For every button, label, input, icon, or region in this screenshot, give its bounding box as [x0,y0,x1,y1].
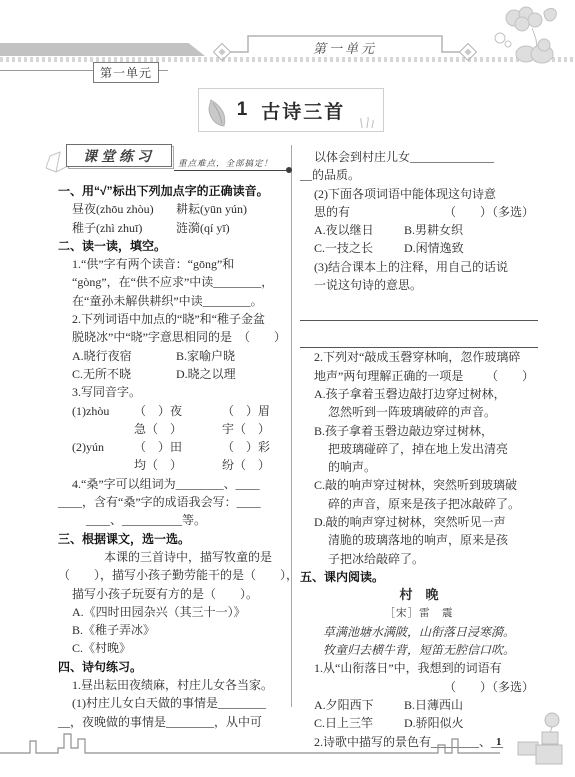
option: A.晓行夜宿 [72,347,176,365]
q3-label: 3.写同音字。 [58,383,290,401]
poem-verse: 草满池塘水满陂，山衔落日浸寒漪。 [300,623,538,641]
q4-line: ____、__________等。 [58,511,290,529]
pinyin-word: 昼夜(zhōu zhòu) [72,200,176,218]
badge-title: 课堂练习 [83,146,155,166]
badge-slogan-rule: 重点难点，全部搞定！ [174,155,290,171]
unit-label: 第一单元 [93,62,159,83]
cell: 急（ ） [134,420,222,438]
pinyin-row: 稚子(zhì zhuī) 涟漪(qí yī) [58,219,290,237]
q4-line: ____，含有“桑”字的成语我会写：____ [58,493,290,511]
rq3-line: (3)结合课本上的注释，用自己的话说 [300,258,538,276]
continuation-line: __的品质。 [300,166,538,184]
rq4-line: 2.下列对“敲成玉磬穿林响，忽作玻璃碎 [300,348,538,366]
section-4-heading: 四、诗句练习。 [58,658,290,676]
q4-line: 4.“桑”字可以组词为________、____ [58,475,290,493]
section-badge: 课堂练习 重点难点，全部搞定！ [58,142,290,182]
option-line: D.敲的响声穿过树林，突然听见一声 [300,513,538,531]
option-line: 的响声。 [300,458,538,476]
option-row: A.夜以继日 B.男耕女织 [300,221,538,239]
lesson-title-box: 1 古诗三首 [198,88,384,132]
pinyin-word: 涟漪(qí yī) [176,219,230,237]
cell: 均（ ） [134,456,222,474]
badge-title-box: 课堂练习 [66,144,172,167]
option-line: 把玻璃碰碎了，掉在地上发出清亮 [300,440,538,458]
option-line: 清脆的玻璃落地的响声，原来是孩 [300,531,538,549]
answer-brackets: （ ） [486,367,534,385]
lesson-title: 古诗三首 [261,97,345,124]
gift-illustration [512,712,570,767]
option: D.晓之以理 [176,365,236,383]
homophone-row: (1)zhòu（ ）夜（ ）眉 [58,402,290,420]
option: C.一技之长 [314,239,404,257]
option-row: C.一技之长 D.闲情逸致 [300,239,538,257]
poem-verse: 牧童归去横牛背，短笛无腔信口吹。 [300,641,538,659]
pinyin: (1)zhòu [72,402,134,420]
cell: （ ）夜 [134,402,222,420]
answer-line [300,294,538,321]
answer-brackets: （ ）（多选） [444,203,534,221]
continuation-line: 以体会到村庄儿女______________ [300,148,538,166]
option-line: C.敲的响声穿过树林，突然听到玻璃破 [300,476,538,494]
option: C.无所不晓 [72,365,176,383]
option: B.家喻户晓 [176,347,235,365]
section-5-heading: 五、课内阅读。 [300,568,538,586]
rp1-line: （ ）（多选） [300,678,538,696]
option-line: 碎的声音，原来是孩子把冰敲碎了。 [300,495,538,513]
q2-text: 脱晓冰”中“晓”字意思相同的是 [72,328,232,346]
q1-line: “gòng”，在“供不应求”中读________， [58,273,290,291]
cell: 宇（ ） [222,422,270,436]
section-1-heading: 一、用“√”标出下列加点字的正确读音。 [58,182,290,200]
option: B.男耕女织 [404,221,463,239]
cell: 纷（ ） [222,458,270,472]
badge-slogan: 重点难点，全部搞定！ [174,158,273,168]
cell: （ ）彩 [222,440,270,454]
rq2-text: 思的有 [314,203,350,221]
option: A.《四时田园杂兴（其三十一）》 [58,603,290,621]
rq4-text: 地声”两句理解正确的一项是 [314,367,463,385]
q2-line: 脱晓冰”中“晓”字意思相同的是 （ ） [58,328,290,346]
rq4-line: 地声”两句理解正确的一项是 （ ） [300,367,538,385]
s3-line: 描写小孩子玩耍有方的是（ ）。 [58,585,290,603]
pinyin-word: 耕耘(yūn yún) [176,200,247,218]
banner-unit-title: 第一单元 [250,38,440,57]
cell: （ ）田 [134,438,222,456]
option-line: 忽然听到一阵玻璃破碎的声音。 [300,403,538,421]
pinyin-row: 昼夜(zhōu zhòu) 耕耘(yūn yún) [58,200,290,218]
poem-title: 村 晚 [300,586,538,604]
skyline-decoration [0,726,575,760]
s4-verse: 1.昼出耘田夜绩麻，村庄儿女各当家。 [58,676,290,694]
rq3-line: 一说这句诗的意思。 [300,276,538,294]
homophone-row: (2)yún（ ）田（ ）彩 [58,438,290,456]
option: B.日薄西山 [404,696,463,714]
homophone-row: 急（ ）宇（ ） [58,420,290,438]
pinyin-word: 稚子(zhì zhuī) [72,219,176,237]
page-number: 1 [496,736,502,748]
s3-line: 本课的三首诗中，描写牧童的是 [58,548,290,566]
q1-line: 在“童孙未解供耕织”中读________。 [58,292,290,310]
option: C.《村晚》 [58,639,290,657]
right-column: 以体会到村庄儿女______________ __的品质。 (2)下面各项词语中… [300,148,538,751]
banner-bracket [0,0,575,70]
children-illustration [492,4,567,66]
option: A.夕阳西下 [314,696,404,714]
left-column: 课堂练习 重点难点，全部搞定！ 一、用“√”标出下列加点字的正确读音。 昼夜(z… [58,142,290,731]
leaf-icon [205,99,239,129]
rq2-line: (2)下面各项词语中能体现这句诗意 [300,185,538,203]
cell: （ ）眉 [222,404,270,418]
homophone-row: 均（ ）纷（ ） [58,456,290,474]
dot-decoration [286,167,292,173]
grass-icon [359,116,375,128]
option: B.《稚子弄冰》 [58,621,290,639]
option: D.闲情逸致 [404,239,464,257]
option-row: A.夕阳西下 B.日薄西山 [300,696,538,714]
answer-brackets: （ ）（多选） [444,678,534,696]
column-divider [291,145,292,707]
pinyin: (2)yún [72,438,134,456]
option-line: 子把冰给敲碎了。 [300,550,538,568]
option-line: A.孩子拿着玉磬边敲打边穿过树林， [300,385,538,403]
rp1-line: 1.从“山衔落日”中，我想到的词语有 [300,659,538,677]
rq2-line: 思的有 （ ）（多选） [300,203,538,221]
s4-line: (1)村庄儿女白天做的事情是________ [58,694,290,712]
poem-author: ［宋］雷 震 [300,605,538,623]
option: A.夜以继日 [314,221,404,239]
workbook-page: 第一单元 第一单元 1 古诗三首 [0,0,575,777]
answer-brackets: （ ） [238,328,286,346]
option-row: C.无所不晓 D.晓之以理 [58,365,290,383]
section-3-heading: 三、根据课文，选一选。 [58,530,290,548]
option-row: A.晓行夜宿 B.家喻户晓 [58,347,290,365]
option-line: B.孩子拿着玉磬边敲边穿过树林， [300,422,538,440]
answer-line [300,321,538,348]
s3-line: （ ），描写小孩子勤劳能干的是（ ）， [58,566,290,584]
q1-line: 1.“供”字有两个读音：“gōng”和 [58,255,290,273]
section-2-heading: 二、读一读，填空。 [58,237,290,255]
q2-line: 2.下列词语中加点的“晓”和“稚子金盆 [58,310,290,328]
